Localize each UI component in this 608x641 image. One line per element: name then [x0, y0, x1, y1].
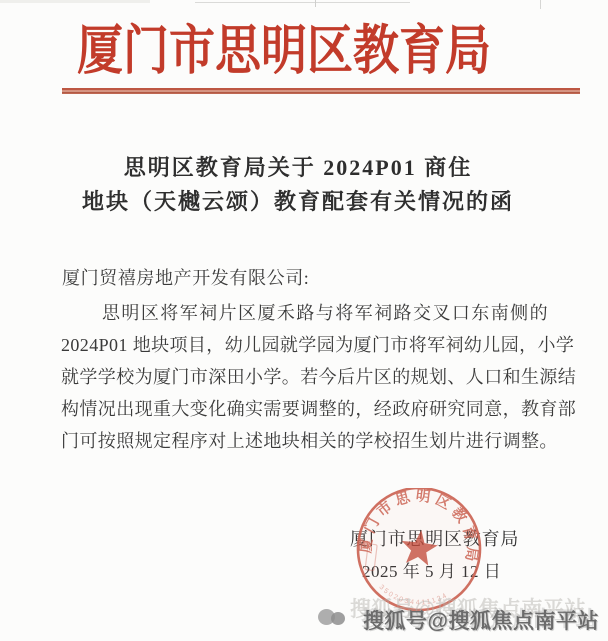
scan-artifact — [315, 0, 316, 7]
watermark: 搜狐号@搜狐焦点南平站 搜狐号@搜狐焦点南平站 — [308, 597, 608, 641]
scanned-letter-page: 厦门市思明区教育局 思明区教育局关于 2024P01 商住 地块（天樾云颂）教育… — [0, 0, 608, 641]
sohu-logo-icon — [331, 612, 345, 625]
scan-artifact — [0, 0, 150, 3]
body-line: 2024P01 地块项目，幼儿园就学园为厦门市将军祠幼儿园，小学 — [61, 329, 548, 361]
document-title: 思明区教育局关于 2024P01 商住 地块（天樾云颂）教育配套有关情况的函 — [0, 151, 608, 219]
body-line: 构情况出现重大变化确实需要调整的，经政府研究同意，教育部 — [61, 393, 548, 425]
letterhead-org-title-text: 厦门市思明区教育局 — [77, 21, 491, 80]
body-line: 门可按照规定程序对上述地块相关的学校招生划片进行调整。 — [61, 425, 548, 457]
body-line: 就学学校为厦门市深田小学。若今后片区的规划、人口和生源结 — [61, 361, 548, 393]
recipient-line: 厦门贸禧房地产开发有限公司: — [62, 264, 309, 290]
body-line: 思明区将军祠片区厦禾路与将军祠路交叉口东南侧的 — [61, 297, 548, 329]
document-title-line2: 地块（天樾云颂）教育配套有关情况的函 — [0, 185, 602, 219]
letterhead-org-title: 厦门市思明区教育局 — [0, 8, 608, 85]
document-title-line1: 思明区教育局关于 2024P01 商住 — [0, 151, 602, 185]
scan-artifact — [195, 2, 410, 3]
body-paragraph: 思明区将军祠片区厦禾路与将军祠路交叉口东南侧的 2024P01 地块项目，幼儿园… — [61, 297, 548, 457]
letterhead-divider-rule — [62, 88, 580, 94]
watermark-text: 搜狐号@搜狐焦点南平站 — [363, 605, 599, 635]
